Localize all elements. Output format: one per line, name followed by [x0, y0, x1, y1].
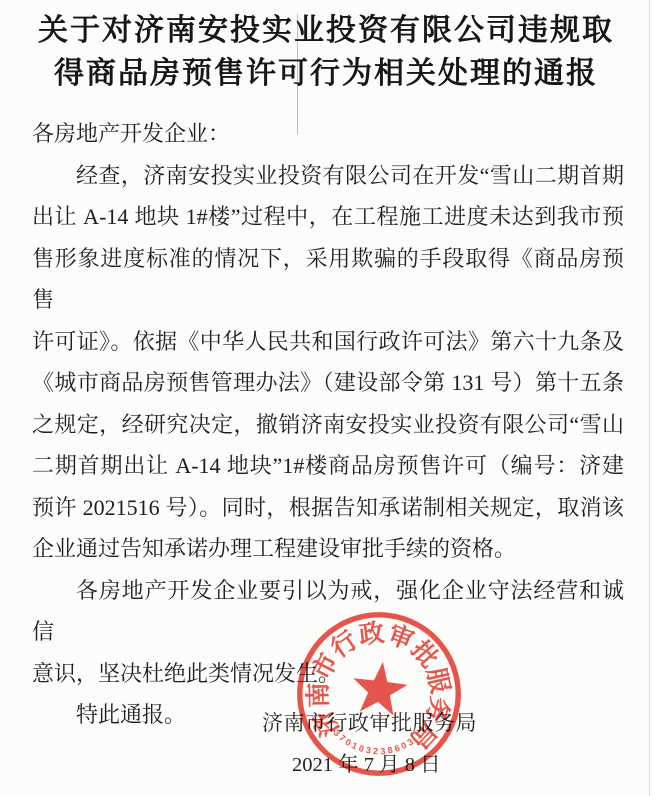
- official-seal: 济 南 市 行 政 审 批 服 务 局 3 7 0 1 0 3 2 3 8 6 …: [279, 594, 480, 795]
- body-line: 企业通过告知承诺办理工程建设审批手续的资格。: [32, 528, 624, 570]
- body-line: 二期首期出让 A-14 地块”1#楼商品房预售许可（编号：济建: [32, 445, 624, 487]
- scan-edge-line: [649, 0, 650, 796]
- seal-code-digit: 2: [373, 746, 379, 756]
- seal-star-icon: [349, 659, 410, 717]
- body-line: 经查，济南安投实业投资有限公司在开发“雪山二期首期: [32, 155, 624, 197]
- document-title: 关于对济南安投实业投资有限公司违规取 得商品房预售许可行为相关处理的通报: [0, 0, 652, 95]
- seal-code-digit: 0: [357, 743, 365, 754]
- body-line: 售形象进度标准的情况下，采用欺骗的手段取得《商品房预售: [32, 238, 624, 321]
- body-line: 各房地产开发企业：: [32, 113, 624, 155]
- seal-char: 服: [421, 665, 454, 697]
- seal-code-digit: 3: [365, 745, 372, 756]
- body-line: 预许 2021516 号）。同时，根据告知承诺制相关规定，取消该: [32, 487, 624, 529]
- body-line: 许可证》。依据《中华人民共和国行政许可法》第六十九条及: [32, 321, 624, 363]
- title-line-2: 得商品房预售许可行为相关处理的通报: [0, 52, 652, 95]
- body-line: 之规定，经研究决定，撤销济南安投实业投资有限公司“雪山: [32, 404, 624, 446]
- body-line: 出让 A-14 地块 1#楼”过程中，在工程施工进度未达到我市预: [32, 196, 624, 238]
- seal-code-digit: 3: [380, 746, 386, 756]
- seal-char: 南: [305, 682, 333, 708]
- scan-fold-crease: [297, 14, 298, 134]
- body-line: 《城市商品房预售管理办法》（建设部令第 131 号）第十五条: [32, 362, 624, 404]
- seal-char: 政: [357, 619, 386, 650]
- seal-code-digit: 8: [387, 745, 394, 756]
- official-seal-graphic: 济 南 市 行 政 审 批 服 务 局 3 7 0 1 0 3 2 3 8 6 …: [279, 594, 480, 795]
- title-line-1: 关于对济南安投实业投资有限公司违规取: [0, 9, 652, 52]
- document-page: 关于对济南安投实业投资有限公司违规取 得商品房预售许可行为相关处理的通报 各房地…: [0, 0, 652, 796]
